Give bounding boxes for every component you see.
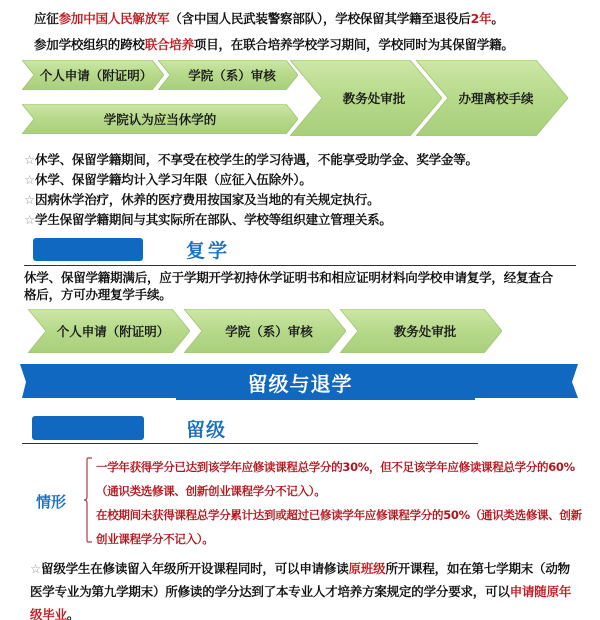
flow-step-leave-procedures: 办理离校手续 (416, 60, 568, 136)
condition-line: （通识类选修课、创新创业课程学分不记入）。 (96, 479, 325, 503)
highlight-text: 级毕业 (30, 607, 67, 620)
note-text: 医学专业为第九学期末）所修读的学分达到了本专业人才培养方案规定的学分要求，可以 (30, 584, 510, 599)
intro-text: 项目，在联合培养学校学习期间，学校同时为其保留学籍。 (194, 37, 514, 52)
section-title-resume: 复学 (186, 236, 230, 263)
intro-text: （含中国人民武装警察部队），学校保留其学籍至退役后 (169, 11, 470, 26)
flow-step-label: 个人申请（附证明） (28, 309, 190, 353)
section-marker-block (32, 416, 144, 440)
flow-step-label: 个人申请（附证明） (22, 60, 164, 90)
star-icon: ☆ (24, 192, 35, 207)
section-banner: 留级与退学 (20, 364, 580, 400)
flow-step-label: 办理离校手续 (416, 60, 568, 136)
flow-step-label: 学院认为应当休学的 (22, 104, 298, 134)
intro-text: 应征 (34, 11, 59, 26)
highlight-text: 联合培养 (145, 37, 194, 52)
section-marker-block (33, 238, 143, 261)
note-text: 休学、保留学籍均计入学习年限（应征入伍除外）。 (35, 172, 312, 187)
note-item: ☆休学、保留学籍期间，不享受在校学生的学习待遇，不能享受助学金、奖学金等。 (24, 152, 478, 168)
star-icon: ☆ (30, 561, 41, 576)
resume-step-apply: 个人申请（附证明） (28, 309, 190, 353)
star-icon: ☆ (24, 152, 35, 167)
banner-title: 留级与退学 (20, 364, 580, 400)
star-icon: ☆ (24, 172, 35, 187)
repeat-note: ☆留级学生在修读留入年级所开设课程同时，可以申请修读原班级所开课程，如在第七学期… (30, 557, 590, 620)
highlight-text: 2年 (471, 11, 492, 26)
section-divider (22, 443, 478, 444)
note-item: ☆因病休学治疗，休养的医疗费用按国家及当地的有关规定执行。 (24, 192, 379, 208)
intro-line-1: 应征参加中国人民解放军（含中国人民武装警察部队），学校保留其学籍至退役后2年。 (34, 11, 504, 27)
resume-step-college-review: 学院（系）审核 (184, 309, 346, 353)
highlight-text: 原班级 (349, 561, 386, 576)
note-text: 留级学生在修读留入年级所开设课程同时，可以申请修读 (41, 561, 349, 576)
flow-step-label: 学院（系）审核 (184, 309, 346, 353)
flow-step-apply: 个人申请（附证明） (22, 60, 164, 90)
note-text: 休学、保留学籍期间，不享受在校学生的学习待遇，不能享受助学金、奖学金等。 (35, 152, 478, 167)
note-text: 所开课程，如在第七学期末（动物 (385, 561, 570, 576)
resume-step-academic-approval: 教务处审批 (340, 309, 502, 353)
condition-label: 情形 (36, 491, 66, 512)
condition-line: 一学年获得学分已达到该学年应修读课程总学分的30%，但不足该学年应修读课程总学分… (96, 455, 575, 479)
note-item: ☆休学、保留学籍均计入学习年限（应征入伍除外）。 (24, 172, 312, 188)
resume-body-line-1: 休学、保留学籍期满后，应于学期开学初持休学证明书和相应证明材料向学校申请复学，经… (24, 270, 553, 286)
flow-step-label: 学院（系）审核 (158, 60, 298, 90)
condition-line: 创业课程学分不记入）。 (96, 527, 213, 551)
condition-line: 在校期间未获得课程总学分累计达到或超过已修读学年应修课程学分的50%（通识类选修… (96, 503, 582, 527)
intro-line-2: 参加学校组织的跨校联合培养项目，在联合培养学校学习期间，学校同时为其保留学籍。 (34, 37, 514, 53)
resume-body-line-2: 格后，方可办理复学手续。 (24, 287, 172, 303)
star-icon: ☆ (24, 212, 35, 227)
intro-text: 。 (491, 11, 503, 26)
section-title-repeat: 留级 (186, 415, 226, 442)
note-text: 。 (67, 607, 79, 620)
intro-text: 参加学校组织的跨校 (34, 37, 145, 52)
flow-step-college-decides: 学院认为应当休学的 (22, 104, 298, 134)
section-divider (24, 265, 576, 266)
flow-step-label: 教务处审批 (340, 309, 502, 353)
highlight-text: 参加中国人民解放军 (59, 11, 170, 26)
note-text: 学生保留学籍期间与其实际所在部队、学校等组织建立管理关系。 (35, 212, 392, 227)
flow-step-college-review: 学院（系）审核 (158, 60, 298, 90)
bracket-icon (82, 457, 94, 543)
note-text: 因病休学治疗，休养的医疗费用按国家及当地的有关规定执行。 (35, 192, 379, 207)
highlight-text: 申请随原年 (510, 584, 572, 599)
note-item: ☆学生保留学籍期间与其实际所在部队、学校等组织建立管理关系。 (24, 212, 392, 228)
